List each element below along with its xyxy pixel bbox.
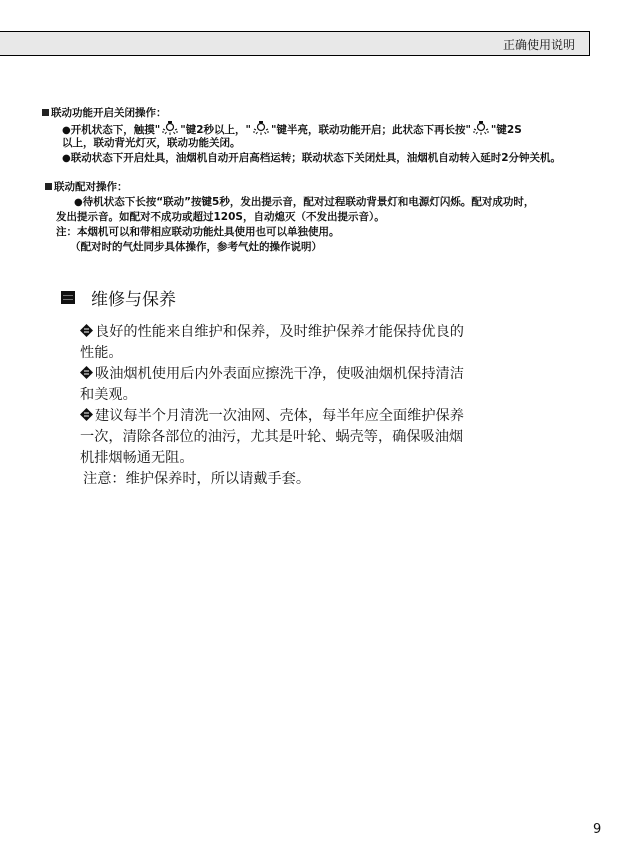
text-segment: 吸油烟机使用后内外表面应擦洗干净，使吸油烟机保持清洁 — [95, 366, 464, 382]
page-number: 9 — [593, 822, 601, 837]
linkage-pairing-heading: 联动配对操作： — [45, 180, 128, 195]
maintenance-item-3: 建议每半个月清洗一次油网、壳体，每半年应全面维护保养 一次，清除各部位的油污，尤… — [80, 406, 520, 469]
text-segment: 联动状态下开启灶具，油烟机自动开启高档运转；联动状态下关闭灶具，油烟机自动转入延… — [71, 152, 561, 164]
linkage-pairing-note2: （配对时的气灶同步具体操作，参考气灶的操作说明） — [70, 240, 322, 255]
bullet-dot-icon: ● — [74, 197, 83, 208]
maintenance-heading: 维修与保养 — [61, 285, 176, 310]
text-segment: 以上，联动背光灯灭，联动功能关闭。 — [62, 137, 241, 149]
linkage-pairing-line2: 发出提示音。如配对不成功或超过120S，自动熄灭（不发出提示音）。 — [56, 210, 385, 225]
text-segment: 注意：维护保养时，所以请戴手套。 — [83, 471, 310, 487]
square-bullet-icon — [45, 183, 52, 190]
maintenance-item-2: 吸油烟机使用后内外表面应擦洗干净，使吸油烟机保持清洁 和美观。 — [80, 364, 520, 406]
text-segment: 待机状态下长按“联动”按键5秒，发出提示音，配对过程联动背景灯和电源灯闪烁。配对… — [83, 196, 535, 208]
linkage-pairing-note: 注：本烟机可以和带相应联动功能灶具使用也可以单独使用。 — [56, 225, 340, 240]
light-bulb-icon — [471, 121, 491, 136]
text-segment: 和美观。 — [80, 387, 137, 403]
header-title: 正确使用说明 — [503, 36, 575, 53]
diamond-bullet-icon — [80, 408, 93, 421]
section-square-icon — [61, 291, 75, 304]
bullet-dot-icon: ● — [62, 125, 71, 136]
heading-text: 联动配对操作： — [54, 181, 128, 193]
text-segment: "键2秒以上，" — [180, 124, 251, 136]
text-segment: 机排烟畅通无阻。 — [80, 450, 194, 466]
light-bulb-icon — [160, 121, 180, 136]
light-bulb-icon — [251, 121, 271, 136]
text-segment: 开机状态下，触摸" — [71, 124, 160, 136]
linkage-onoff-line2: 以上，联动背光灯灭，联动功能关闭。 — [62, 136, 241, 151]
text-segment: 注：本烟机可以和带相应联动功能灶具使用也可以单独使用。 — [56, 226, 340, 238]
text-segment: "键半亮，联动功能开启；此状态下再长按" — [271, 124, 471, 136]
diamond-bullet-icon — [80, 366, 93, 379]
text-segment: 良好的性能来自维护和保养，及时维护保养才能保持优良的 — [95, 324, 464, 340]
text-segment: 发出提示音。如配对不成功或超过120S，自动熄灭（不发出提示音）。 — [56, 211, 385, 223]
bullet-dot-icon: ● — [62, 153, 71, 164]
maintenance-item-1: 良好的性能来自维护和保养，及时维护保养才能保持优良的 性能。 — [80, 322, 520, 364]
diamond-bullet-icon — [80, 324, 93, 337]
maintenance-note: 注意：维护保养时，所以请戴手套。 — [83, 469, 523, 490]
linkage-onoff-line3: ●联动状态下开启灶具，油烟机自动开启高档运转；联动状态下关闭灶具，油烟机自动转入… — [62, 151, 561, 166]
square-bullet-icon — [42, 109, 49, 116]
linkage-pairing-line1: ●待机状态下长按“联动”按键5秒，发出提示音，配对过程联动背景灯和电源灯闪烁。配… — [74, 195, 534, 210]
text-segment: "键2S — [491, 124, 522, 136]
linkage-onoff-heading: 联动功能开启关闭操作： — [42, 106, 167, 121]
text-segment: 性能。 — [80, 345, 123, 361]
text-segment: （配对时的气灶同步具体操作，参考气灶的操作说明） — [70, 241, 322, 253]
heading-text: 维修与保养 — [91, 285, 176, 310]
text-segment: 一次，清除各部位的油污，尤其是叶轮、蜗壳等，确保吸油烟 — [80, 429, 463, 445]
heading-text: 联动功能开启关闭操作： — [51, 107, 167, 119]
text-segment: 建议每半个月清洗一次油网、壳体，每半年应全面维护保养 — [95, 408, 464, 424]
header-bar: 正确使用说明 — [0, 31, 590, 56]
